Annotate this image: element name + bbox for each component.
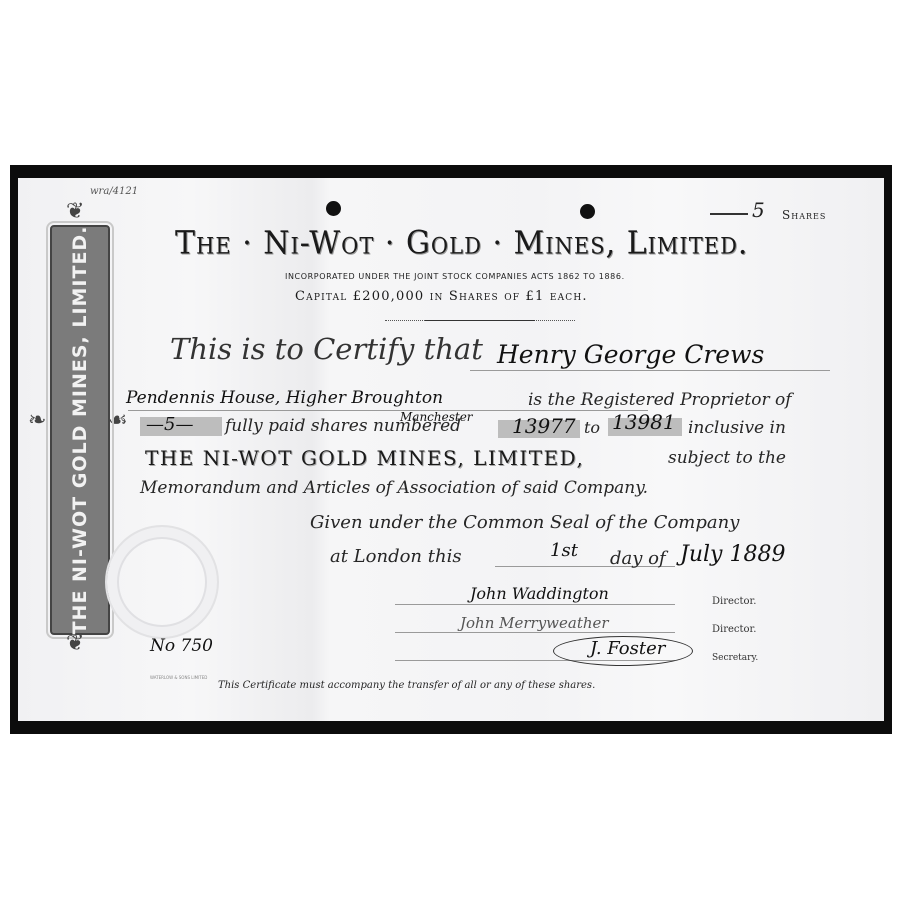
shares-count: 5	[752, 198, 765, 222]
side-banner-panel: THE NI-WOT GOLD MINES, LIMITED.	[50, 225, 110, 635]
memorandum-text: Memorandum and Articles of Association o…	[140, 478, 648, 498]
number-to: 13981	[612, 410, 676, 434]
role-director-2: Director.	[712, 624, 756, 635]
day-of-text: day of	[610, 548, 666, 569]
signature-line	[395, 604, 675, 605]
month-year: July 1889	[680, 542, 785, 567]
incorporation-text: INCORPORATED UNDER THE JOINT STOCK COMPA…	[285, 272, 625, 281]
signature-line	[395, 632, 675, 633]
capital-text: Capital £200,000 in Shares of £1 each.	[295, 289, 588, 304]
scroll-ornament-icon: ❦	[66, 631, 84, 656]
punch-hole	[580, 204, 595, 219]
subject-text: subject to the	[668, 448, 786, 468]
holder-line	[470, 370, 830, 371]
certify-intro: This is to Certify that	[170, 332, 483, 366]
fully-paid-text: fully paid shares numbered	[225, 416, 461, 436]
holder-name: Henry George Crews	[497, 340, 764, 369]
archive-annotation: wra/4121	[90, 186, 138, 197]
footer-note: This Certificate must accompany the tran…	[218, 680, 595, 691]
scroll-ornament-icon: ❦	[66, 199, 84, 224]
shares-dash	[710, 213, 748, 215]
number-from: 13977	[512, 414, 576, 438]
ornamental-rule-center	[425, 320, 535, 321]
inclusive-text: inclusive in	[688, 418, 786, 438]
registered-text: is the Registered Proprietor of	[528, 390, 792, 410]
embossed-seal	[105, 525, 219, 639]
signature-director-1: John Waddington	[470, 584, 609, 603]
to-text: to	[584, 418, 600, 437]
side-banner-text: THE NI-WOT GOLD MINES, LIMITED.	[69, 226, 91, 635]
shares-label: Shares	[782, 208, 826, 222]
serial-value: 750	[181, 636, 213, 656]
printer-imprint: WATERLOW & SONS LIMITED	[150, 675, 207, 680]
serial-prefix: No	[150, 636, 175, 656]
at-london-text: at London this	[330, 546, 462, 567]
address-line	[128, 410, 648, 411]
company-name-body: THE NI-WOT GOLD MINES, LIMITED,	[145, 446, 584, 470]
given-text: Given under the Common Seal of the Compa…	[310, 512, 739, 533]
share-quantity: —5—	[146, 414, 193, 435]
signature-director-2: John Merryweather	[460, 614, 609, 632]
role-director-1: Director.	[712, 596, 756, 607]
serial-number: No 750	[150, 636, 213, 656]
day-value: 1st	[550, 540, 578, 561]
signature-secretary: J. Foster	[590, 638, 665, 659]
role-secretary: Secretary.	[712, 653, 758, 663]
company-title: The · Ni-Wot · Gold · Mines, Limited.	[175, 225, 775, 262]
scroll-ornament-icon: ❧	[28, 408, 46, 433]
scroll-ornament-icon: ☙	[108, 408, 128, 433]
holder-address: Pendennis House, Higher Broughton	[126, 388, 443, 408]
punch-hole	[326, 201, 341, 216]
